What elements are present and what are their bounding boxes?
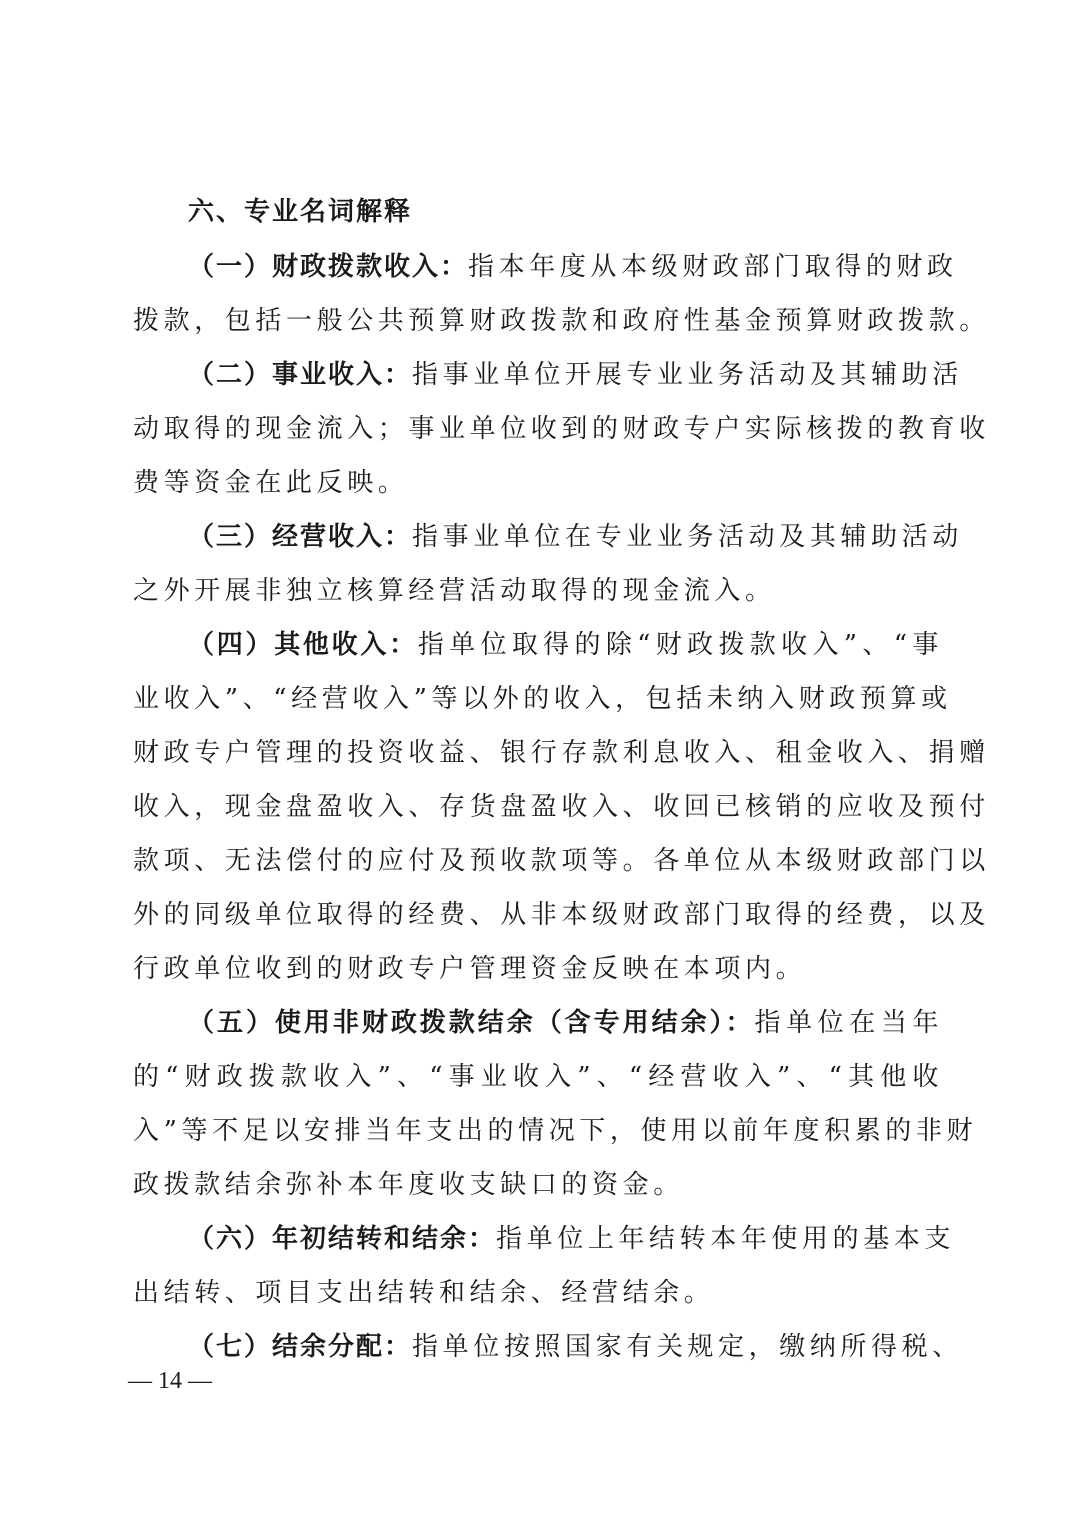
definition-item-1-line-1: （一）财政拨款收入：指本年度从本级财政部门取得的财政 bbox=[188, 250, 943, 284]
definition-item-5-line-3: 入”等不足以安排当年支出的情况下，使用以前年度积累的非财 bbox=[133, 1114, 943, 1148]
definition-text: 指单位取得的除“财政拨款收入”、“事 bbox=[418, 630, 943, 660]
definition-term: （三）经营收入： bbox=[188, 522, 412, 552]
section-heading: 六、专业名词解释 bbox=[188, 195, 412, 229]
definition-item-6-line-1: （六）年初结转和结余：指单位上年结转本年使用的基本支 bbox=[188, 1222, 943, 1256]
definition-item-3-line-1: （三）经营收入：指事业单位在专业业务活动及其辅助活动 bbox=[188, 520, 943, 554]
definition-item-5-line-2: 的“财政拨款收入”、“事业收入”、“经营收入”、“其他收 bbox=[133, 1060, 943, 1094]
definition-item-2-line-3: 费等资金在此反映。 bbox=[133, 466, 943, 500]
definition-item-4-line-5: 款项、无法偿付的应付及预收款项等。各单位从本级财政部门以 bbox=[133, 844, 943, 878]
document-page: 六、专业名词解释 （一）财政拨款收入：指本年度从本级财政部门取得的财政 拨款，包… bbox=[0, 0, 1075, 1520]
definition-item-4-line-2: 业收入”、“经营收入”等以外的收入，包括未纳入财政预算或 bbox=[133, 682, 943, 716]
definition-item-4-line-7: 行政单位收到的财政专户管理资金反映在本项内。 bbox=[133, 952, 943, 986]
definition-term: （七）结余分配： bbox=[188, 1332, 412, 1362]
definition-item-3-line-2: 之外开展非独立核算经营活动取得的现金流入。 bbox=[133, 574, 943, 608]
definition-text: 指单位在当年 bbox=[755, 1008, 943, 1038]
page-number: — 14 — bbox=[128, 1366, 212, 1396]
definition-text: 指单位上年结转本年使用的基本支 bbox=[496, 1224, 955, 1254]
definition-term: （五）使用非财政拨款结余（含专用结余）： bbox=[188, 1008, 755, 1038]
definition-term: （四）其他收入： bbox=[188, 630, 418, 660]
definition-term: （六）年初结转和结余： bbox=[188, 1224, 496, 1254]
definition-item-4-line-3: 财政专户管理的投资收益、银行存款利息收入、租金收入、捐赠 bbox=[133, 736, 943, 770]
definition-text: 指单位按照国家有关规定，缴纳所得税、 bbox=[412, 1332, 963, 1362]
definition-text: 指事业单位开展专业业务活动及其辅助活 bbox=[412, 360, 963, 390]
definition-item-5-line-1: （五）使用非财政拨款结余（含专用结余）：指单位在当年 bbox=[188, 1006, 943, 1040]
definition-term: （二）事业收入： bbox=[188, 360, 412, 390]
definition-item-6-line-2: 出结转、项目支出结转和结余、经营结余。 bbox=[133, 1276, 943, 1310]
definition-item-7-line-1: （七）结余分配：指单位按照国家有关规定，缴纳所得税、 bbox=[188, 1330, 943, 1364]
definition-item-4-line-4: 收入，现金盘盈收入、存货盘盈收入、收回已核销的应收及预付 bbox=[133, 790, 943, 824]
definition-item-2-line-2: 动取得的现金流入；事业单位收到的财政专户实际核拨的教育收 bbox=[133, 412, 943, 446]
definition-item-1-line-2: 拨款，包括一般公共预算财政拨款和政府性基金预算财政拨款。 bbox=[133, 304, 943, 338]
definition-item-4-line-6: 外的同级单位取得的经费、从非本级财政部门取得的经费，以及 bbox=[133, 898, 943, 932]
definition-item-4-line-1: （四）其他收入：指单位取得的除“财政拨款收入”、“事 bbox=[188, 628, 943, 662]
definition-term: （一）财政拨款收入： bbox=[188, 252, 468, 282]
definition-text: 指本年度从本级财政部门取得的财政 bbox=[468, 252, 958, 282]
definition-item-2-line-1: （二）事业收入：指事业单位开展专业业务活动及其辅助活 bbox=[188, 358, 943, 392]
definition-item-5-line-4: 政拨款结余弥补本年度收支缺口的资金。 bbox=[133, 1168, 943, 1202]
definition-text: 指事业单位在专业业务活动及其辅助活动 bbox=[412, 522, 963, 552]
